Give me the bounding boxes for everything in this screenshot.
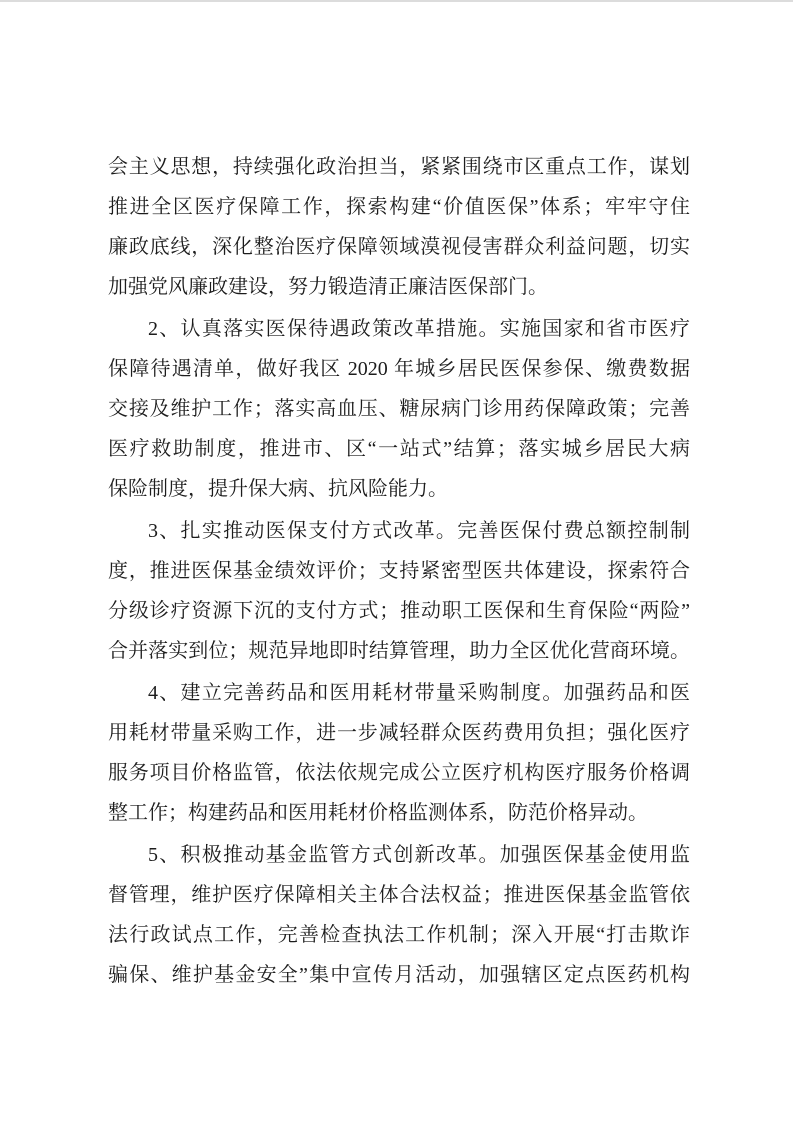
paragraph-item-2: 2、认真落实医保待遇政策改革措施。实施国家和省市医疗保障待遇清单，做好我区 20…: [108, 309, 690, 509]
text-line: 廉政底线，深化整治医疗保障领域漠视侵害群众利益问题，切实: [108, 227, 690, 267]
paragraph-item-5: 5、积极推动基金监管方式创新改革。加强医保基金使用监督管理，维护医疗保障相关主体…: [108, 835, 690, 995]
paragraph-item-3: 3、扎实推动医保支付方式改革。完善医保付费总额控制制度，推进医保基金绩效评价；支…: [108, 511, 690, 671]
text-line: 用耗材带量采购工作，进一步减轻群众医药费用负担；强化医疗: [108, 713, 690, 753]
text-line: 医疗救助制度，推进市、区“一站式”结算；落实城乡居民大病: [108, 429, 690, 469]
text-line: 保险制度，提升保大病、抗风险能力。: [108, 469, 690, 509]
text-line: 推进全区医疗保障工作，探索构建“价值医保”体系；牢牢守住: [108, 187, 690, 227]
text-line: 5、积极推动基金监管方式创新改革。加强医保基金使用监: [108, 835, 690, 875]
text-line: 度，推进医保基金绩效评价；支持紧密型医共体建设，探索符合: [108, 551, 690, 591]
text-line: 加强党风廉政建设，努力锻造清正廉洁医保部门。: [108, 267, 690, 307]
text-line: 交接及维护工作；落实高血压、糖尿病门诊用药保障政策；完善: [108, 389, 690, 429]
text-line: 整工作；构建药品和医用耗材价格监测体系，防范价格异动。: [108, 793, 690, 833]
document-body: 会主义思想，持续强化政治担当，紧紧围绕市区重点工作，谋划推进全区医疗保障工作，探…: [108, 147, 690, 997]
text-line: 3、扎实推动医保支付方式改革。完善医保付费总额控制制: [108, 511, 690, 551]
text-line: 法行政试点工作，完善检查执法工作机制；深入开展“打击欺诈: [108, 915, 690, 955]
text-line: 服务项目价格监管，依法依规完成公立医疗机构医疗服务价格调: [108, 753, 690, 793]
document-page: 会主义思想，持续强化政治担当，紧紧围绕市区重点工作，谋划推进全区医疗保障工作，探…: [0, 0, 793, 1122]
text-line: 保障待遇清单，做好我区 2020 年城乡居民医保参保、缴费数据: [108, 349, 690, 389]
text-line: 骗保、维护基金安全”集中宣传月活动，加强辖区定点医药机构: [108, 955, 690, 995]
text-line: 合并落实到位；规范异地即时结算管理，助力全区优化营商环境。: [108, 631, 690, 671]
paragraph-continuation: 会主义思想，持续强化政治担当，紧紧围绕市区重点工作，谋划推进全区医疗保障工作，探…: [108, 147, 690, 307]
text-line: 2、认真落实医保待遇政策改革措施。实施国家和省市医疗: [108, 309, 690, 349]
text-line: 督管理，维护医疗保障相关主体合法权益；推进医保基金监管依: [108, 875, 690, 915]
text-line: 会主义思想，持续强化政治担当，紧紧围绕市区重点工作，谋划: [108, 147, 690, 187]
text-line: 分级诊疗资源下沉的支付方式；推动职工医保和生育保险“两险”: [108, 591, 690, 631]
text-line: 4、建立完善药品和医用耗材带量采购制度。加强药品和医: [108, 673, 690, 713]
paragraph-item-4: 4、建立完善药品和医用耗材带量采购制度。加强药品和医用耗材带量采购工作，进一步减…: [108, 673, 690, 833]
